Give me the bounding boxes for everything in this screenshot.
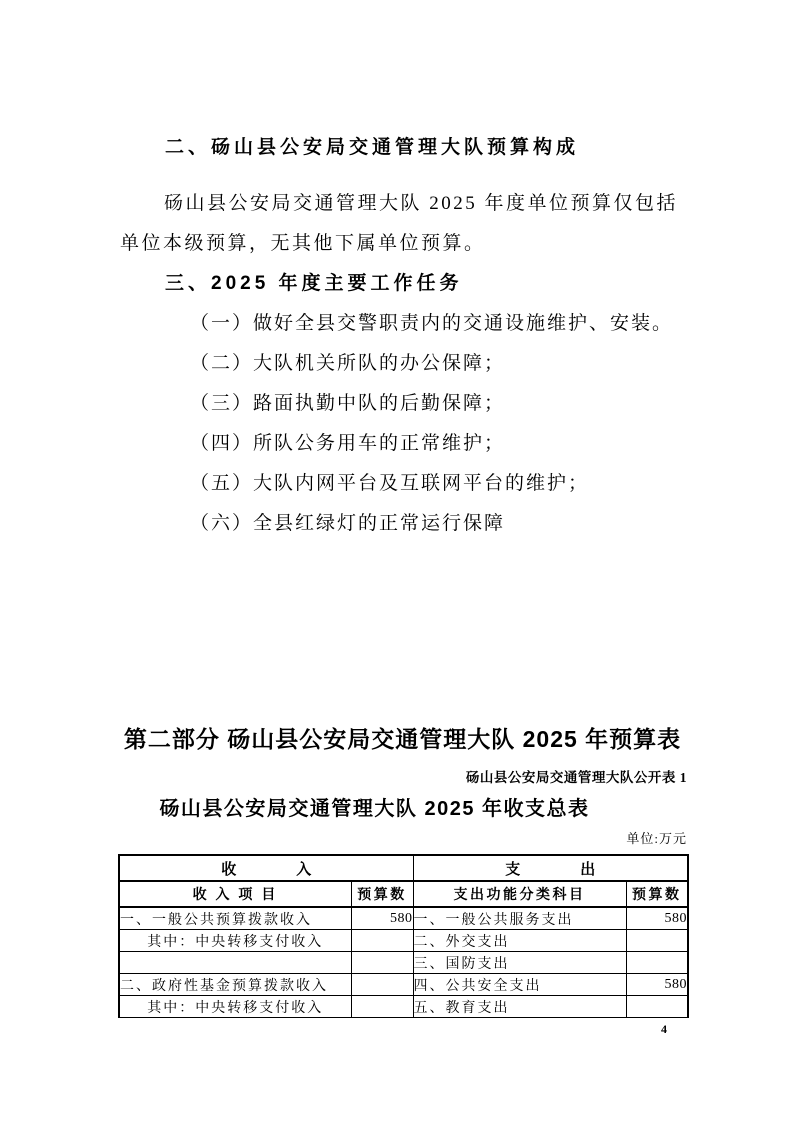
group-header-row: 收入 支出 bbox=[119, 855, 688, 881]
budget-table-row: 其中：中央转移支付收入二、外交支出 bbox=[119, 930, 688, 952]
task-item: （六）全县红绿灯的正常运行保障 bbox=[120, 504, 678, 544]
budget-amount-cell bbox=[351, 974, 413, 996]
budget-amount-cell bbox=[351, 930, 413, 952]
budget-table-row: 一、一般公共预算拨款收入580一、一般公共服务支出580 bbox=[119, 907, 688, 930]
budget-table-row: 三、国防支出 bbox=[119, 952, 688, 974]
budget-amount-cell: 580 bbox=[351, 907, 413, 930]
budget-amount-cell bbox=[351, 996, 413, 1018]
income-group-header: 收入 bbox=[119, 855, 413, 881]
summary-table-title: 砀山县公安局交通管理大队 2025 年收支总表 bbox=[118, 795, 687, 823]
budget-item-cell: 二、外交支出 bbox=[413, 930, 626, 952]
unit-label: 单位:万元 bbox=[118, 831, 687, 847]
section-budget-tables: 第二部分 砀山县公安局交通管理大队 2025 年预算表 砀山县公安局交通管理大队… bbox=[118, 723, 687, 1018]
heading-budget-composition: 二、砀山县公安局交通管理大队预算构成 bbox=[120, 134, 678, 162]
task-item: （三）路面执勤中队的后勤保障； bbox=[120, 384, 678, 424]
budget-item-cell: 二、政府性基金预算拨款收入 bbox=[119, 974, 351, 996]
heading-work-tasks: 三、2025 年度主要工作任务 bbox=[120, 270, 678, 298]
col-header-income-item: 收 入 项 目 bbox=[119, 881, 351, 907]
budget-item-cell: 五、教育支出 bbox=[413, 996, 626, 1018]
document-page: 二、砀山县公安局交通管理大队预算构成 砀山县公安局交通管理大队 2025 年度单… bbox=[0, 0, 793, 1122]
budget-item-cell: 一、一般公共预算拨款收入 bbox=[119, 907, 351, 930]
section-budget-overview: 二、砀山县公安局交通管理大队预算构成 砀山县公安局交通管理大队 2025 年度单… bbox=[120, 134, 678, 544]
budget-item-cell bbox=[119, 952, 351, 974]
task-list: （一）做好全县交警职责内的交通设施维护、安装。（二）大队机关所队的办公保障；（三… bbox=[120, 304, 678, 544]
part-two-title: 第二部分 砀山县公安局交通管理大队 2025 年预算表 bbox=[118, 723, 687, 755]
expense-group-header: 支出 bbox=[413, 855, 688, 881]
budget-amount-cell bbox=[626, 930, 688, 952]
budget-item-cell: 三、国防支出 bbox=[413, 952, 626, 974]
page-number: 4 bbox=[661, 1022, 667, 1037]
budget-item-cell: 一、一般公共服务支出 bbox=[413, 907, 626, 930]
income-group-label: 收入 bbox=[221, 861, 371, 878]
budget-composition-paragraph: 砀山县公安局交通管理大队 2025 年度单位预算仅包括单位本级预算，无其他下属单… bbox=[120, 184, 678, 264]
col-header-expense-budget: 预算数 bbox=[626, 881, 688, 907]
budget-amount-cell bbox=[351, 952, 413, 974]
task-item: （一）做好全县交警职责内的交通设施维护、安装。 bbox=[120, 304, 678, 344]
column-header-row: 收 入 项 目 预算数 支出功能分类科目 预算数 bbox=[119, 881, 688, 907]
expense-group-label: 支出 bbox=[505, 861, 655, 878]
col-header-income-budget: 预算数 bbox=[351, 881, 413, 907]
budget-summary-table: 收入 支出 收 入 项 目 预算数 支出功能分类科目 预算数 一、一般公共预算拨… bbox=[118, 854, 689, 1018]
budget-amount-cell bbox=[626, 996, 688, 1018]
budget-amount-cell: 580 bbox=[626, 907, 688, 930]
budget-table-body: 一、一般公共预算拨款收入580一、一般公共服务支出580其中：中央转移支付收入二… bbox=[119, 907, 688, 1018]
col-header-expense-category: 支出功能分类科目 bbox=[413, 881, 626, 907]
budget-amount-cell bbox=[626, 952, 688, 974]
budget-item-cell: 四、公共安全支出 bbox=[413, 974, 626, 996]
budget-table-row: 二、政府性基金预算拨款收入四、公共安全支出580 bbox=[119, 974, 688, 996]
task-item: （五）大队内网平台及互联网平台的维护； bbox=[120, 464, 678, 504]
public-table-label: 砀山县公安局交通管理大队公开表 1 bbox=[118, 769, 687, 787]
task-item: （二）大队机关所队的办公保障； bbox=[120, 344, 678, 384]
budget-item-cell: 其中：中央转移支付收入 bbox=[119, 930, 351, 952]
task-item: （四）所队公务用车的正常维护； bbox=[120, 424, 678, 464]
budget-table-row: 其中：中央转移支付收入五、教育支出 bbox=[119, 996, 688, 1018]
budget-amount-cell: 580 bbox=[626, 974, 688, 996]
budget-item-cell: 其中：中央转移支付收入 bbox=[119, 996, 351, 1018]
